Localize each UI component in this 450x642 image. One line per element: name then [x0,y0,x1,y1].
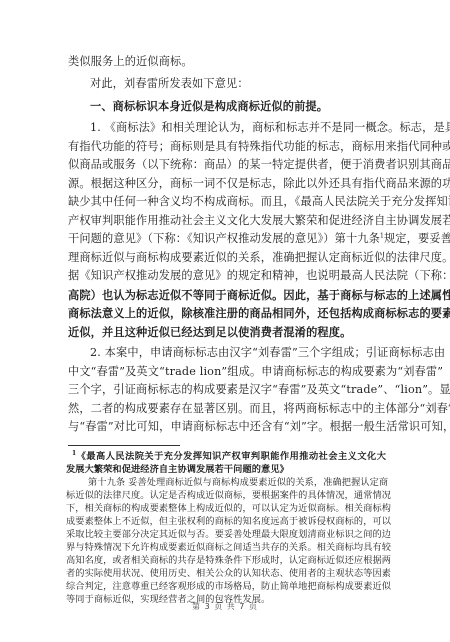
section-heading-1: 一、商标标识本身近似是构成商标近似的前提。 [90,99,328,113]
footnote-body-line-4: 成要素整体上不近似，但主张权利的商标的知名度远高于被诉侵权商标的，可以 [66,516,386,528]
body-line-continuation: 类似服务上的近似商标。 [68,55,193,69]
page-number-footer: 第 3 页 共 7 页 [0,601,450,612]
footnote-body-line-1: 第十九条 妥善处理商标近似与商标构成要素近似的关系，准确把握认定商 [88,477,386,489]
footnote-body-line-5: 采取比较主要部分决定其近似与否。要妥善处理最大限度划清商业标识之间的边 [66,529,386,541]
para1-line-2: 有指代功能的符号；商标则是具有特殊指代功能的标志，商标用来指代同种或类 [68,140,386,154]
footnote-body-line-2: 标近似的法律尺度。认定是否构成近似商标，要根据案件的具体情况，通常情况 [66,490,386,502]
para1-line-5: 缺少其中任何一种含义均不构成商标。而且，《最高人民法院关于充分发挥知识 [68,195,386,209]
footnote-title-line-1: 1《最高人民法院关于充分发挥知识产权审判职能作用推动社会主义文化大 [72,451,386,463]
footnote-title-line-2: 发展大繁荣和促进经济自主协调发展若干问题的意见》 [66,464,289,476]
document-page: 类似服务上的近似商标。 对此，刘春雷所发表如下意见： 一、商标标识本身近似是构成… [0,0,450,642]
para1-line-3: 似商品或服务（以下统称：商品）的某一特定提供者，便于消费者识别其商品来 [68,158,386,172]
para1-line-7-text: 干问题的意见》（下称：《知识产权推动发展的意见》）第十九条 [68,232,380,245]
para1-line-8: 理商标近似与商标构成要素近似的关系，准确把握认定商标近似的法律尺度。根 [68,251,386,265]
para2-line-2: 中文“春雷”及英文“trade lion”组成。申请商标标志的构成要素为“刘春雷… [68,365,386,379]
para1-line-11: 商标法意义上的近似，除核准注册的商品相同外，还包括构成商标标志的要素 [68,306,386,320]
para1-line-1: 1. 《商标法》和相关理论认为，商标和标志并不是同一概念。标志，是具 [90,121,386,135]
body-line-intro: 对此，刘春雷所发表如下意见： [90,77,249,91]
para2-line-3: 三个字，引证商标标志的构成要素是汉字“春雷”及英文“trade”、“lion”。… [68,383,386,397]
footnote-body-line-7: 高知名度，或者相关商标的共存是特殊条件下形成时，认定商标近似还应根据两 [66,555,386,567]
para1-line-6: 产权审判职能作用推动社会主义文化大发展大繁荣和促进经济自主协调发展若 [68,214,386,228]
para2-line-4: 然，二者的构成要素存在显著区别。而且，将两商标标志中的主体部分“刘春雷” [68,402,386,416]
para1-line-10: 高院）也认为标志近似不等同于商标近似。因此，基于商标与标志的上述属性， [68,288,386,302]
para1-line-7-tail: 规定，要妥善处 [384,232,450,246]
footnote-body-line-6: 界与特殊情况下允许构成要素近似商标之间适当共存的关系。相关商标均具有较 [66,542,386,554]
footnote-body-line-3: 下，相关商标的构成要素整体上构成近似的，可以认定为近似商标。相关商标构 [66,503,386,515]
para2-line-5: 与“春雷”对比可知，申请商标标志中还含有“刘”字。根据一般生活常识可知， [68,420,386,434]
footnote-body-line-9: 综合判定，注意尊重已经客观形成的市场格局，防止简单地把商标构成要素近似 [66,581,386,593]
para1-line-9: 据《知识产权推动发展的意见》的规定和精神，也说明最高人民法院（下称：最 [68,269,386,283]
footnote-body-line-8: 者的实际使用状况、使用历史、相关公众的认知状态、使用者的主观状态等因素 [66,568,386,580]
para1-line-7: 干问题的意见》（下称：《知识产权推动发展的意见》）第十九条1 规定，要妥善处 [68,232,386,246]
para2-line-1: 2. 本案中，申请商标标志由汉字“刘春雷”三个字组成；引证商标标志由 [90,346,386,360]
para1-line-12: 近似，并且这种近似已经达到足以使消费者混淆的程度。 [68,325,351,339]
footnote-separator [68,445,180,446]
para1-line-4: 源。根据这种区分，商标一词不仅是标志，除此以外还具有指代商品来源的功能， [68,177,386,191]
